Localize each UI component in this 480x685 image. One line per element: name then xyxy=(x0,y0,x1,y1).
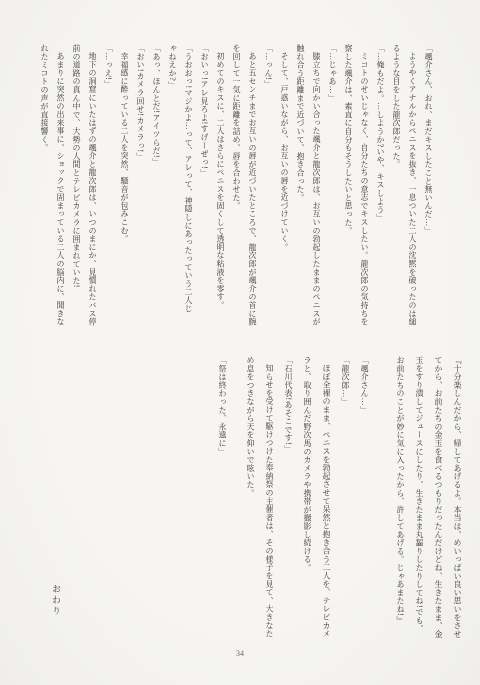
text-line: 「颯介さん…」 xyxy=(355,356,374,658)
text-line: 「…俺もだよ。…しようか?いや、キスしよう」 xyxy=(372,44,388,358)
text-line: 触れ合う距離まで近づいて、抱き合った。 xyxy=(292,44,308,358)
text-line: 「…っん!」 xyxy=(260,44,276,358)
blank-line xyxy=(232,356,241,658)
text-line: 「おいっ!アレ見ろよ!すげーぜっ!」 xyxy=(196,44,212,358)
text-line: あと五センチまでお互いの唇が近づいたところで、龍次郎が颯介の首に腕 xyxy=(244,44,260,358)
text-line: 前の道路の真ん中で、大勢の人間とテレビカメラに囲まれていた! xyxy=(68,44,84,358)
text-line: 知らせを受けて駆けつけた奉納祭の主催者は、その様子を見て、大きなた xyxy=(260,356,279,658)
text-line: あまりに突然の出来事に、ショックで固まっている二人の脳内に、聞きな xyxy=(52,44,68,358)
page-number: 34 xyxy=(0,649,480,658)
text-line: 「龍次郎…」 xyxy=(336,356,355,658)
text-line: 「祭は終わった、永遠に」 xyxy=(213,356,232,658)
lower-text-block: 『十分楽しんだから、帰してあげるよ。本当は、めいっぱい良い思いをさせ てから、お… xyxy=(213,356,467,658)
text-line: 膝立ちで向かい合った颯介と龍次郎は、お互いの勃起したままのペニスが xyxy=(308,44,324,358)
text-line: てから、お前たちの金玉を食べるつもりだったんだけどね、生きたまま、金 xyxy=(429,356,448,658)
novel-page-scan: 「颯介さん、おれ、まだキスしたこと無いんだ…」 ようやくアナルからペニスを抜き、… xyxy=(0,0,480,685)
text-line: 地下の洞窟にいたはずの颯介と龍次郎は、いつのまにか、見慣れたバス停 xyxy=(84,44,100,358)
text-line: 「石川代表!あそこです!」 xyxy=(279,356,298,658)
text-line: 「…っえ!」 xyxy=(100,44,116,358)
text-line: そして、戸惑いながら、お互いの唇を近づけていく。 xyxy=(276,44,292,358)
text-line: 「おい!カメラ回せ!カメラっ!」 xyxy=(132,44,148,358)
upper-text-block: 「颯介さん、おれ、まだキスしたこと無いんだ…」 ようやくアナルからペニスを抜き、… xyxy=(36,44,436,358)
text-line: れたミコトの声が直接響く。 xyxy=(36,44,52,358)
text-line: 『十分楽しんだから、帰してあげるよ。本当は、めいっぱい良い思いをさせ xyxy=(448,356,467,658)
text-line: ゃねえか?」 xyxy=(164,44,180,358)
text-line: お前たちのことが妙に気に入ったから、許してあげる。じゃあまたね!』 xyxy=(391,356,410,658)
end-marker: おわり xyxy=(50,584,63,617)
text-line: ミコトのせいじゃなく、自分たちの意志でキスしたい。龍次郎の気持ちを xyxy=(356,44,372,358)
text-line: 「…じゃあ…」 xyxy=(324,44,340,358)
text-line: 「颯介さん、おれ、まだキスしたこと無いんだ…」 xyxy=(420,44,436,358)
text-line: るような目をした龍次郎だった。 xyxy=(388,44,404,358)
text-line: 「あっ、ほんとだ!アイツらだ!」 xyxy=(148,44,164,358)
text-line: 察した颯介は、素直に自分もそうしたいと思った。 xyxy=(340,44,356,358)
text-line: ラと、取り囲んだ野次馬のカメラや携帯が撮影し続ける。 xyxy=(298,356,317,658)
text-line: 幸福感に酔っている二人を突然、騒音が包みこむ。 xyxy=(116,44,132,358)
text-line: 初めてのキスに、二人はさらにペニスを固くして透明な粘液を零す。 xyxy=(212,44,228,358)
text-line: 玉をすり潰してジュースにしたり、生きたまま丸齧りしたりしてね!でも、 xyxy=(410,356,429,658)
text-line: ほぼ全裸のまま、ペニスを勃起させて呆然と抱き合う二人を、テレビカメ xyxy=(317,356,336,658)
text-line: ようやくアナルからペニスを抜き、一息ついた二人の沈黙を破ったのは縋 xyxy=(404,44,420,358)
blank-line xyxy=(374,356,391,658)
text-line: 「うおおっ!マジかよ…って、アレって、神隠しにあったっていう二人じ xyxy=(180,44,196,358)
text-line: を回して一気に距離を詰め、唇を合わせた。 xyxy=(228,44,244,358)
text-line: め息をつきながら天を仰いで呟いた。 xyxy=(241,356,260,658)
